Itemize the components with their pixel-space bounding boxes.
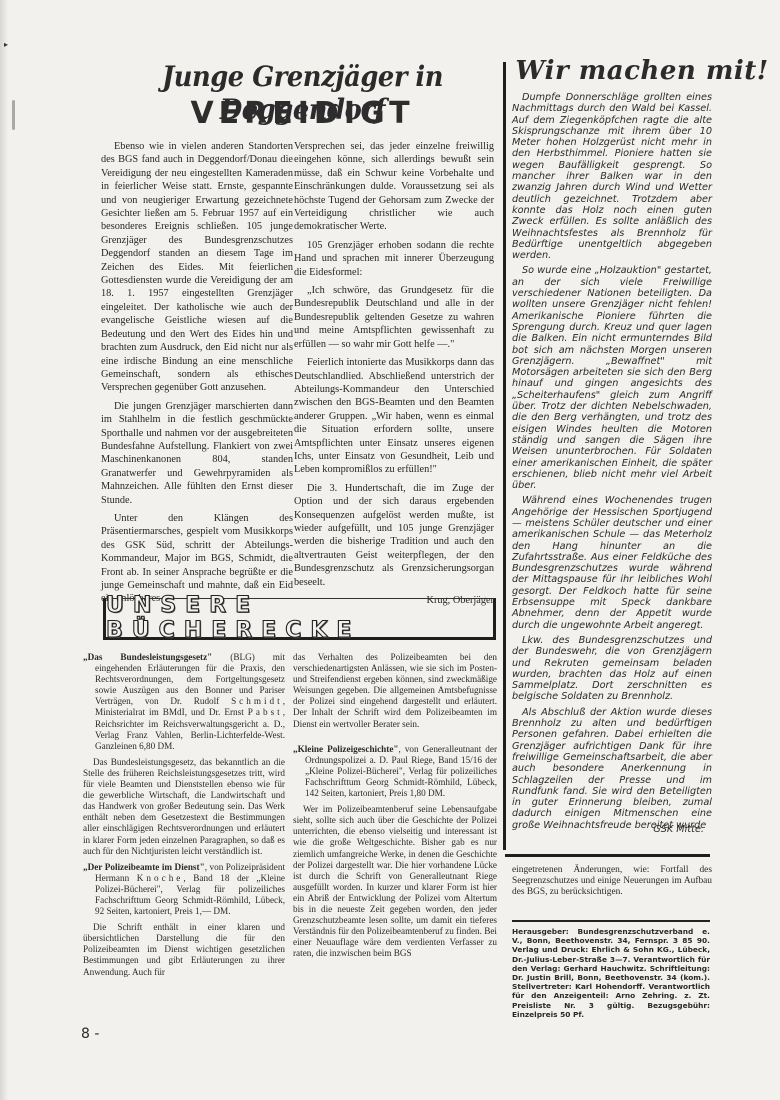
sidebar-title: Wir machen mit! (512, 56, 772, 86)
sidebar-bottom-rule (505, 854, 710, 857)
scan-mark: ▸ (4, 40, 8, 49)
article-paragraph: Unter den Klängen des Präsentiermarsches… (101, 512, 293, 606)
article-paragraph: Die jungen Grenzjäger marschierten dann … (101, 400, 293, 507)
book-column-2: das Verhalten des Polizeibeamten bei den… (293, 652, 497, 964)
book-column-3: eingetretenen Änderungen, wie: Fortfall … (512, 865, 712, 903)
article-paragraph: Versprechen sei, das jeder einzelne frei… (294, 140, 494, 234)
book-corner-title: UNSERE BÜCHERECKE (106, 593, 493, 643)
book-review: das Verhalten des Polizeibeamten bei den… (293, 652, 497, 730)
book-title: „Der Polizeibeamte im Dienst" (83, 862, 205, 872)
article-paragraph: 105 Grenzjäger erhoben sodann die rechte… (294, 239, 494, 279)
book-title: „Das Bundesleistungsgesetz" (83, 652, 212, 662)
book-title: „Kleine Polizeigeschichte" (293, 744, 399, 754)
sidebar-paragraph: So wurde eine „Holzauktion" gestartet, a… (512, 265, 712, 491)
book-review: Die Schrift enthält in einer klaren und … (83, 922, 285, 977)
article-column-1: Ebenso wie in vielen anderen Standorten … (101, 140, 293, 611)
sidebar-column: Dumpfe Donnerschläge grollten eines Nach… (512, 92, 712, 835)
sidebar-paragraph: Dumpfe Donnerschläge grollten eines Nach… (512, 92, 712, 261)
book-author: Schmidt (231, 696, 283, 706)
sidebar-paragraph: Lkw. des Bundesgrenzschutzes und der Bun… (512, 635, 712, 703)
article-column-2: Versprechen sei, das jeder einzelne frei… (294, 140, 494, 607)
article-paragraph: Feierlich intonierte das Musikkorps dann… (294, 356, 494, 477)
book-review: Wer im Polizeibeamtenberuf seine Lebensa… (293, 804, 497, 959)
scan-smudge (12, 100, 15, 130)
imprint-rule (512, 920, 710, 922)
book-review: eingetretenen Änderungen, wie: Fortfall … (512, 865, 712, 898)
book-review: Das Bundesleistungsgesetz, das bekanntli… (83, 757, 285, 857)
book-entry: „Das Bundesleistungsgesetz" (BLG) mit ei… (83, 652, 285, 752)
book-entry: „Der Polizeibeamte im Dienst", von Poliz… (83, 862, 285, 917)
sidebar-paragraph: Als Abschluß der Aktion wurde dieses Bre… (512, 707, 712, 831)
sidebar-vertical-rule (503, 62, 506, 850)
book-entry: „Kleine Polizeigeschichte", von Generall… (293, 744, 497, 799)
article-paragraph: Die 3. Hundertschaft, die im Zuge der Op… (294, 482, 494, 589)
imprint: Herausgeber: Bundesgrenzschutzverband e.… (512, 927, 710, 1019)
article-headline-caps: VEREIDIGT (110, 96, 495, 131)
book-column-1: „Das Bundesleistungsgesetz" (BLG) mit ei… (83, 652, 285, 983)
book-author: Knoche (137, 873, 184, 883)
oath-quote: „Ich schwöre, das Grundgesetz für die Bu… (294, 284, 494, 351)
page-edge-shadow (0, 0, 8, 1100)
book-author: Pabst (248, 707, 283, 717)
page-number: 8 - (81, 1026, 99, 1042)
book-corner-banner: UNSERE BÜCHERECKE (103, 598, 496, 640)
article-paragraph: Ebenso wie in vielen anderen Standorten … (101, 140, 293, 395)
sidebar-paragraph: Während eines Wochenendes trugen Angehör… (512, 495, 712, 631)
